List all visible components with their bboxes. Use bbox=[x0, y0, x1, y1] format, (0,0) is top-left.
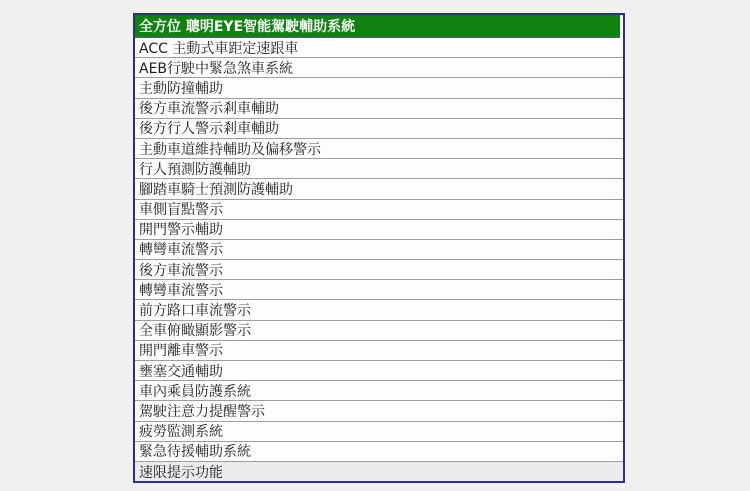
adas-feature-table: 全方位 聰明EYE智能駕駛輔助系統 ACC 主動式車距定速跟車 AEB行駛中緊急… bbox=[133, 13, 625, 483]
table-row: 腳踏車騎士預測防護輔助 bbox=[135, 178, 623, 198]
table-row: 前方路口車流警示 bbox=[135, 299, 623, 319]
table-row: 行人預測防護輔助 bbox=[135, 158, 623, 178]
table-row: 後方車流警示 bbox=[135, 259, 623, 279]
table-row: 轉彎車流警示 bbox=[135, 279, 623, 299]
page-background: 全方位 聰明EYE智能駕駛輔助系統 ACC 主動式車距定速跟車 AEB行駛中緊急… bbox=[0, 0, 750, 491]
table-row: 車內乘員防護系統 bbox=[135, 380, 623, 400]
table-row: 駕駛注意力提醒警示 bbox=[135, 400, 623, 420]
table-row: 緊急待援輔助系統 bbox=[135, 441, 623, 461]
table-row: AEB行駛中緊急煞車系統 bbox=[135, 57, 623, 77]
table-row: 全車俯瞰顯影警示 bbox=[135, 320, 623, 340]
table-row: 車側盲點警示 bbox=[135, 199, 623, 219]
table-row: 後方車流警示剎車輔助 bbox=[135, 98, 623, 118]
table-row: 轉彎車流警示 bbox=[135, 239, 623, 259]
table-row: 主動防撞輔助 bbox=[135, 77, 623, 97]
table-row: 開門警示輔助 bbox=[135, 219, 623, 239]
table-row: 壅塞交通輔助 bbox=[135, 360, 623, 380]
table-row: 主動車道維持輔助及偏移警示 bbox=[135, 138, 623, 158]
table-row: 開門離車警示 bbox=[135, 340, 623, 360]
table-header: 全方位 聰明EYE智能駕駛輔助系統 bbox=[135, 15, 620, 38]
table-row: ACC 主動式車距定速跟車 bbox=[135, 38, 623, 57]
table-row: 速限提示功能 bbox=[135, 461, 623, 481]
table-row: 疲勞監測系統 bbox=[135, 421, 623, 441]
table-row: 後方行人警示剎車輔助 bbox=[135, 118, 623, 138]
